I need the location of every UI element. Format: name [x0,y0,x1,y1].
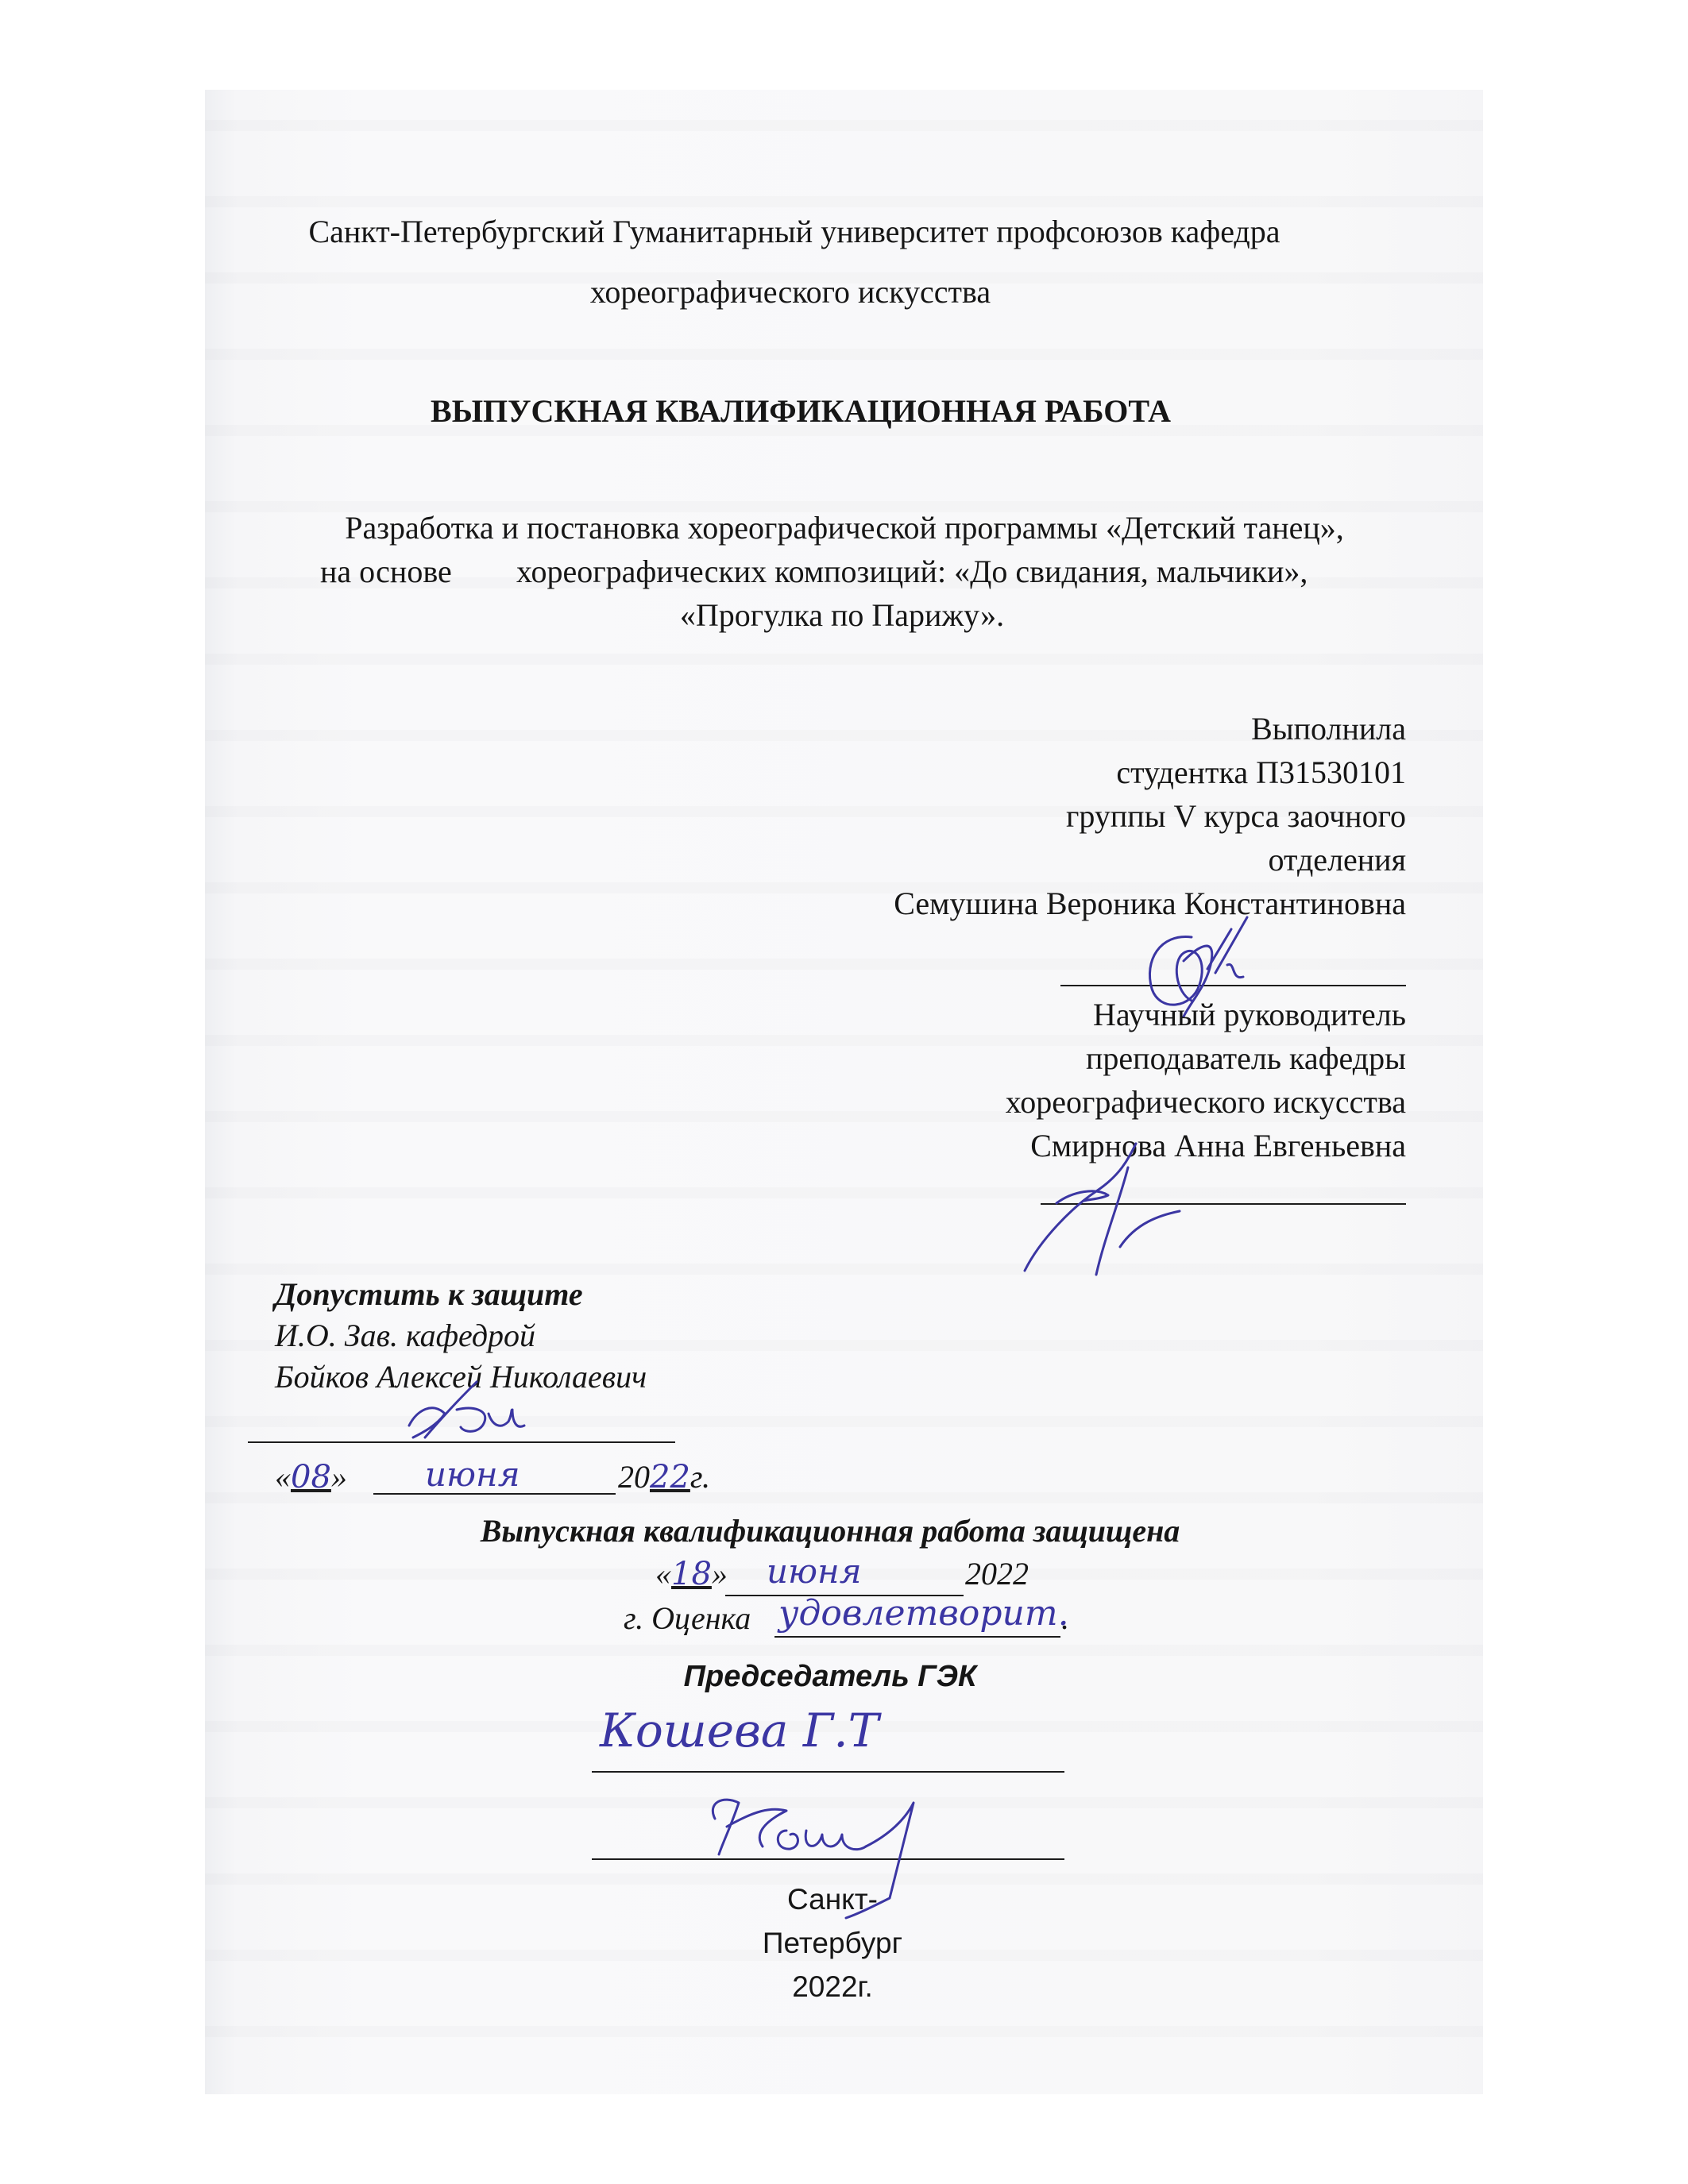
year-suffix-handwritten: 22 [650,1459,690,1495]
footer-city-line-2: Петербург [763,1928,902,1958]
defense-date-month: июня [767,1555,862,1588]
topic-line-1: Разработка и постановка хореографической… [345,512,1344,544]
footer-year: 2022г. [792,1972,873,2001]
date-close-quote: » [331,1459,347,1495]
admission-label: Допустить к защите [275,1279,583,1310]
author-department: отделения [1269,844,1406,876]
supervisor-signature-icon [1009,1136,1215,1279]
defense-day-handwritten: 18 [671,1556,712,1592]
supervisor-department: хореографического искусства [1006,1086,1406,1118]
year-end: г. [690,1459,710,1495]
author-group: группы V курса заочного [1066,801,1406,832]
author-student-id: студентка П31530101 [1116,757,1406,789]
commission-chair-name: Кошева Г.Т [600,1707,879,1754]
topic-line-2-left: на основе [320,556,452,588]
defense-grade-line [774,1636,1060,1638]
defense-label: Выпускная квалификационная работа защище… [481,1515,1180,1547]
defense-grade-value: удовлетворит. [778,1596,1069,1631]
document-title: ВЫПУСКНАЯ КВАЛИФИКАЦИОННАЯ РАБОТА [431,396,1171,427]
admission-date-year: 2022г. [618,1461,710,1493]
admission-signature-icon [401,1378,536,1449]
date-open-quote: « [275,1459,291,1495]
supervisor-position: преподаватель кафедры [1086,1043,1406,1075]
topic-line-3: «Прогулка по Парижу». [680,600,1004,631]
commission-label: Председатель ГЭК [684,1661,977,1692]
admission-date-day: 08 [291,1459,331,1495]
defense-date-day: «18» [655,1558,728,1590]
date-open-quote: « [655,1556,671,1592]
university-line-2: хореографического искусства [590,276,991,308]
supervisor-label: Научный руководитель [1093,999,1406,1031]
date-close-quote: » [712,1556,728,1592]
admission-role: И.О. Зав. кафедрой [275,1320,535,1352]
admission-date-month: июня [425,1458,520,1491]
university-line-1: Санкт-Петербургский Гуманитарный универс… [308,216,1280,248]
topic-line-2-right: хореографических композиций: «До свидани… [516,556,1308,588]
footer-city-line-1: Санкт- [787,1885,878,1914]
defense-grade-suffix: . [1061,1603,1069,1634]
year-prefix: 20 [618,1459,650,1495]
defense-grade-prefix: г. Оценка [624,1603,751,1634]
defense-date-year: 2022 [965,1558,1029,1590]
admission-date: «08» [275,1461,347,1493]
commission-name-line [592,1771,1064,1773]
author-label: Выполнила [1251,713,1406,745]
